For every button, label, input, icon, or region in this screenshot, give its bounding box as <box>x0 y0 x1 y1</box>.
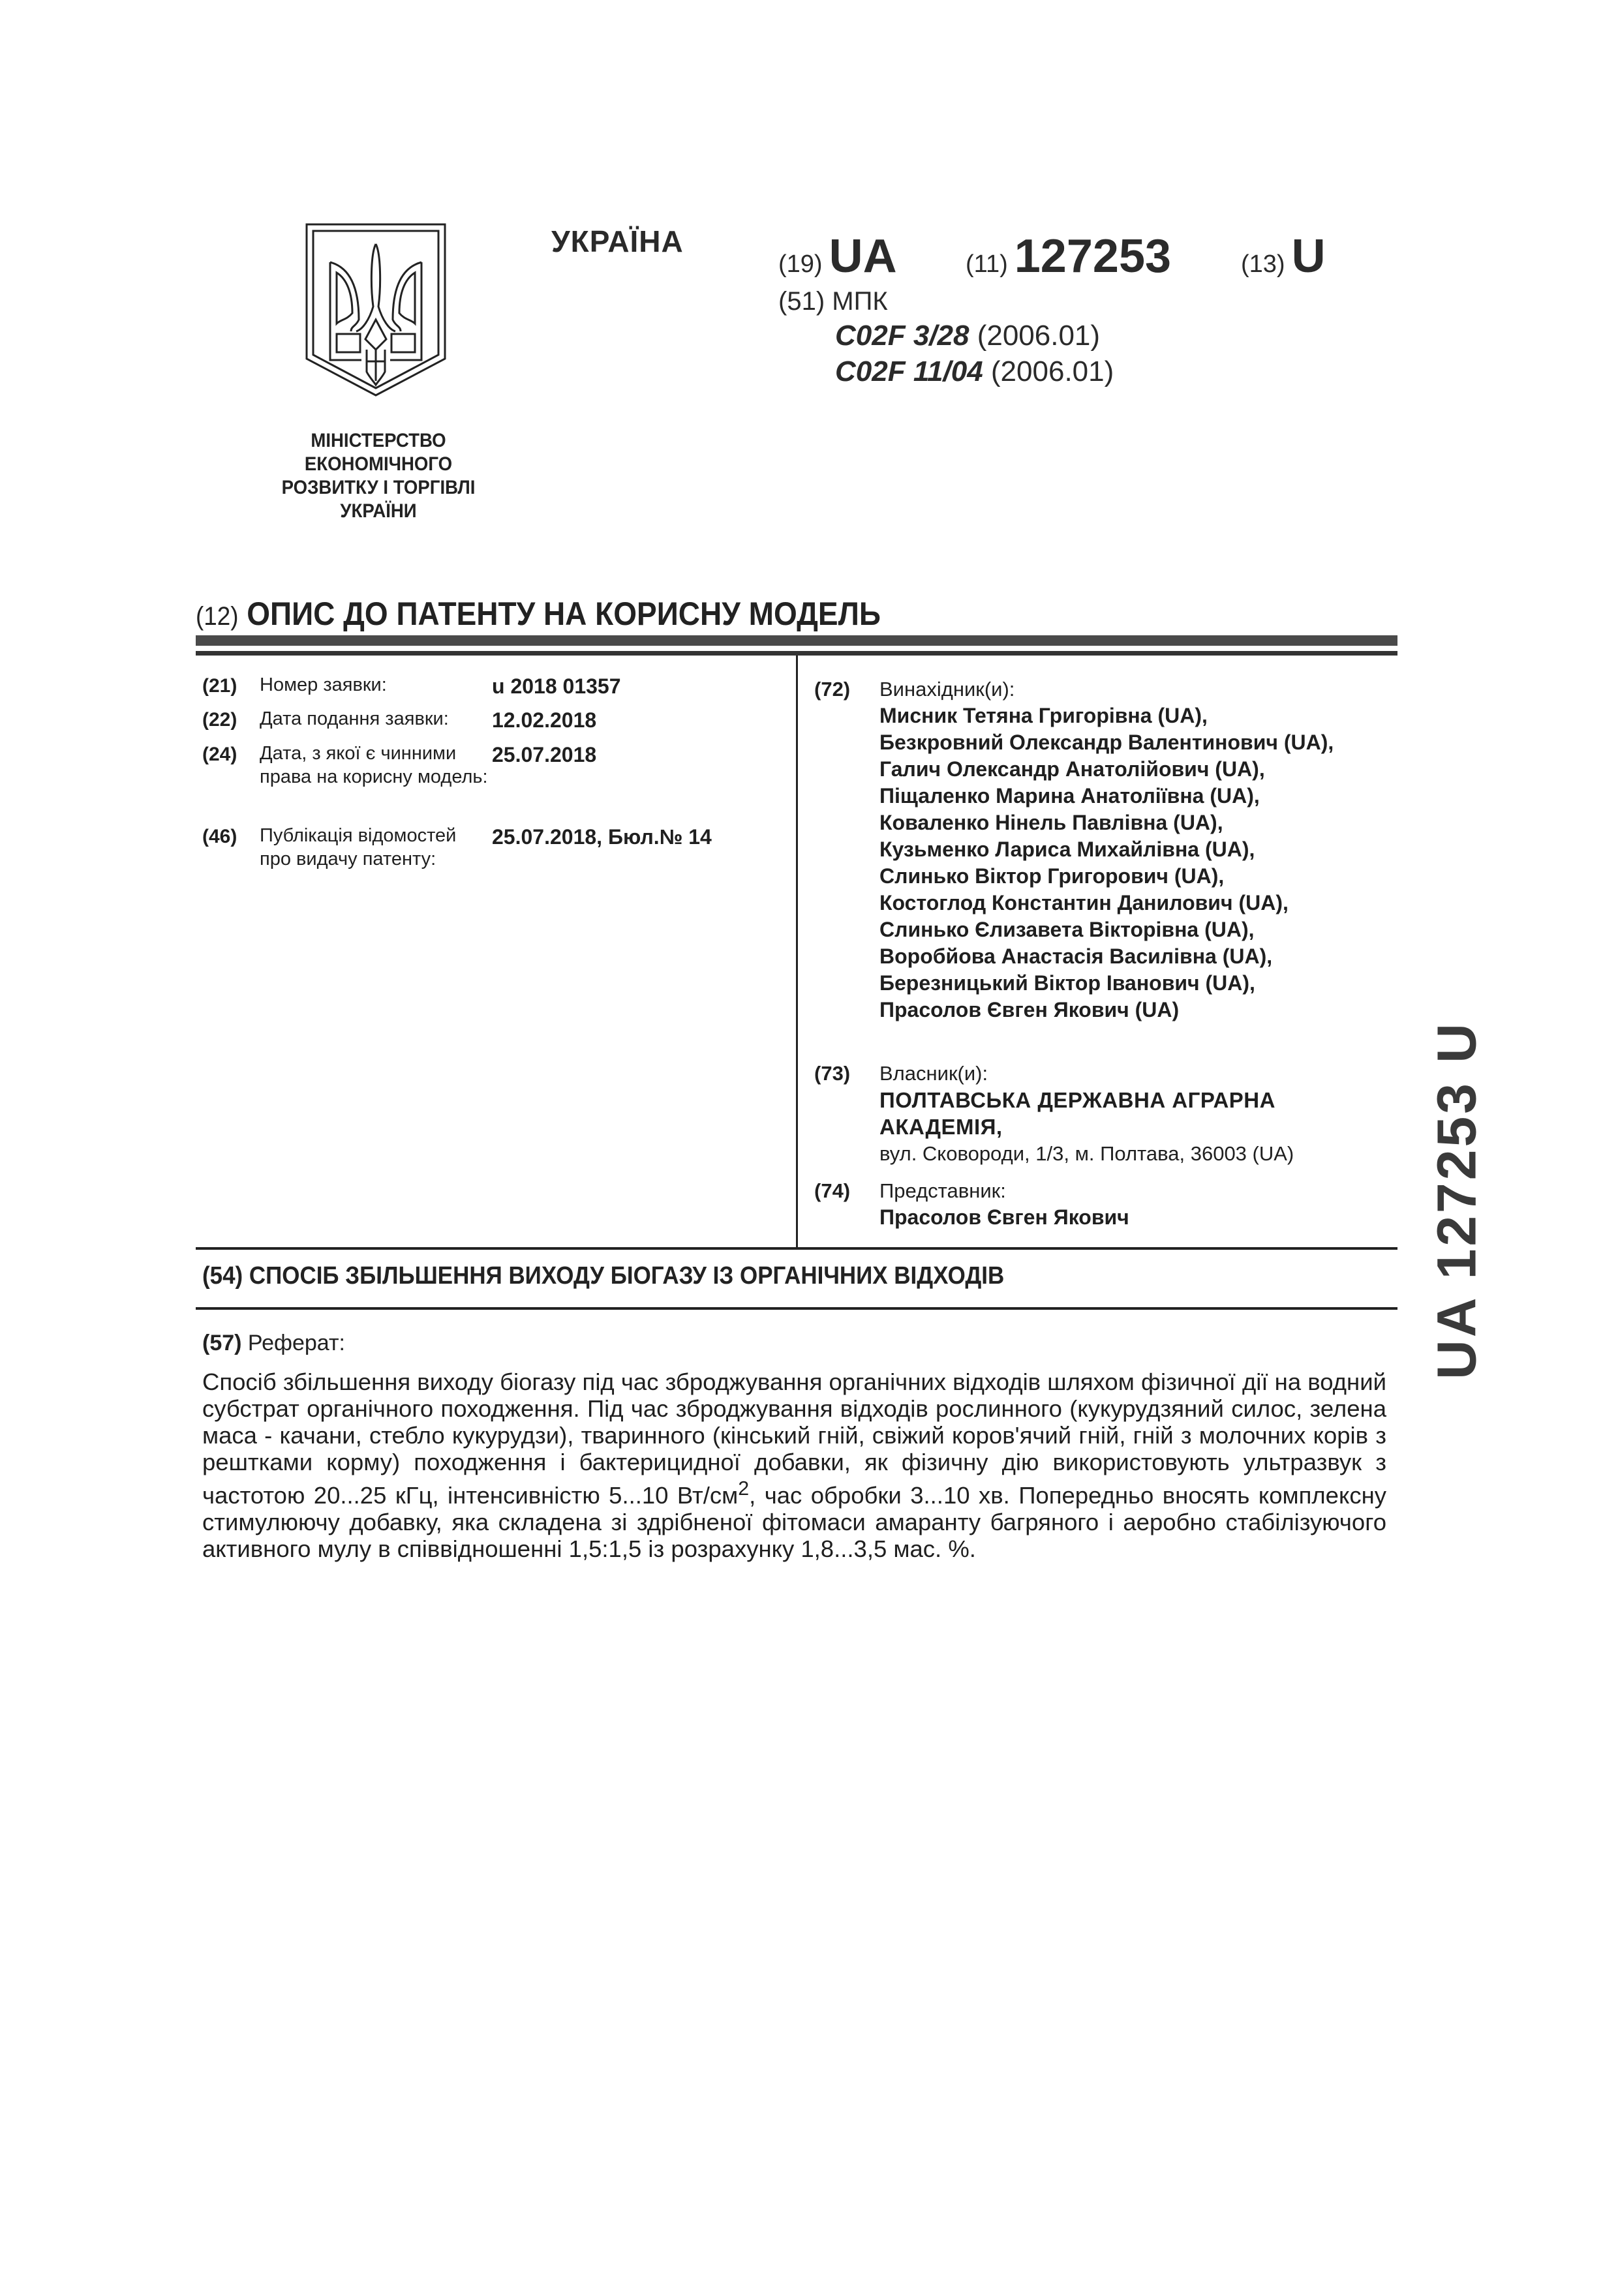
patent-title-text: СПОСІБ ЗБІЛЬШЕННЯ ВИХОДУ БІОГАЗУ ІЗ ОРГА… <box>249 1262 1004 1290</box>
kind-code-field: (13) U <box>1241 230 1326 283</box>
inventor-name: Костоглод Константин Данилович (UA), <box>879 890 1401 916</box>
patent-title: (54) СПОСІБ ЗБІЛЬШЕННЯ ВИХОДУ БІОГАЗУ ІЗ… <box>202 1262 1004 1290</box>
field-label: Власник(и): <box>879 1060 1401 1087</box>
field-label: Номер заявки: <box>260 673 492 699</box>
field-code: (46) <box>202 824 260 871</box>
abstract-code: (57) <box>202 1331 241 1355</box>
field-value: u 2018 01357 <box>492 673 621 699</box>
abstract-heading: (57) Реферат: <box>202 1331 345 1356</box>
side-patent-number-text: UA 127253 U <box>1426 1021 1489 1380</box>
country-code-field: (19) UA <box>778 230 897 283</box>
field-label: Представник: <box>879 1177 1401 1204</box>
field-inventors: (72) Винахідник(и): Мисник Тетяна Григор… <box>814 676 1401 1023</box>
document-type-text: ОПИС ДО ПАТЕНТУ НА КОРИСНУ МОДЕЛЬ <box>247 596 881 632</box>
field-value: 25.07.2018 <box>492 742 596 789</box>
representative-name: Прасолов Євген Якович <box>879 1204 1401 1231</box>
patent-number-field: (11) 127253 <box>966 230 1171 283</box>
ministry-line: РОЗВИТКУ І ТОРГІВЛІ <box>258 476 498 500</box>
field-filing-date: (22) Дата подання заявки: 12.02.2018 <box>202 707 596 733</box>
column-separator <box>796 656 798 1248</box>
inventor-list: Мисник Тетяна Григорівна (UA),Безкровний… <box>879 702 1401 1023</box>
ipc-title: МПК <box>832 287 887 316</box>
field-code: (73) <box>814 1060 879 1167</box>
kind-code: U <box>1292 230 1326 283</box>
field-label: Дата подання заявки: <box>260 707 492 733</box>
ipc-class-version: (2006.01) <box>991 355 1114 387</box>
divider-line <box>196 1307 1397 1310</box>
inventor-name: Кузьменко Лариса Михайлівна (UA), <box>879 836 1401 863</box>
country-name: УКРАЇНА <box>551 224 684 259</box>
divider-thick <box>196 635 1397 646</box>
field-effective-date: (24) Дата, з якої є чинними права на кор… <box>202 742 596 789</box>
owner-name: ПОЛТАВСЬКА ДЕРЖАВНА АГРАРНА АКАДЕМІЯ, <box>879 1087 1336 1140</box>
ipc-class: C02F 11/04 (2006.01) <box>835 355 1114 388</box>
ipc-label: (51) <box>778 287 825 316</box>
inventor-name: Галич Олександр Анатолійович (UA), <box>879 756 1401 783</box>
field-publication: (46) Публікація відомостей про видачу па… <box>202 824 712 871</box>
field-value: 12.02.2018 <box>492 707 596 733</box>
field-code: (24) <box>202 742 260 789</box>
field-code: (22) <box>202 707 260 733</box>
owner-address: вул. Сковороди, 1/3, м. Полтава, 36003 (… <box>879 1140 1401 1167</box>
patent-number-label: (11) <box>966 250 1008 279</box>
inventor-name: Піщаленко Марина Анатоліївна (UA), <box>879 783 1401 809</box>
inventor-name: Мисник Тетяна Григорівна (UA), <box>879 702 1401 729</box>
document-type-label: (12) <box>196 602 238 631</box>
document-type: (12) ОПИС ДО ПАТЕНТУ НА КОРИСНУ МОДЕЛЬ <box>196 595 881 633</box>
abstract-label: Реферат: <box>248 1331 345 1355</box>
divider-thin <box>196 651 1397 656</box>
ipc-class-code: C02F 11/04 <box>835 355 983 387</box>
ipc-class: C02F 3/28 (2006.01) <box>835 320 1100 352</box>
field-label: Дата, з якої є чинними права на корисну … <box>260 742 492 789</box>
abstract-superscript: 2 <box>738 1477 749 1500</box>
field-label: Публікація відомостей про видачу патенту… <box>260 824 492 871</box>
field-code: (72) <box>814 676 879 1023</box>
field-code: (21) <box>202 673 260 699</box>
inventor-name: Безкровний Олександр Валентинович (UA), <box>879 729 1401 756</box>
ipc-heading: (51) МПК <box>778 287 888 316</box>
ministry-name: МІНІСТЕРСТВО ЕКОНОМІЧНОГО РОЗВИТКУ І ТОР… <box>258 429 498 523</box>
abstract-text: Спосіб збільшення виходу біогазу під час… <box>202 1368 1386 1562</box>
inventor-name: Воробйова Анастасія Василівна (UA), <box>879 943 1401 970</box>
divider-line <box>196 1247 1397 1250</box>
ukraine-coat-of-arms-icon <box>304 222 448 398</box>
ministry-line: ЕКОНОМІЧНОГО <box>258 453 498 476</box>
ministry-line: МІНІСТЕРСТВО <box>258 429 498 453</box>
ipc-class-code: C02F 3/28 <box>835 320 969 352</box>
patent-number: 127253 <box>1015 230 1171 283</box>
field-application-number: (21) Номер заявки: u 2018 01357 <box>202 673 621 699</box>
field-representative: (74) Представник: Прасолов Євген Якович <box>814 1177 1401 1231</box>
inventor-name: Прасолов Євген Якович (UA) <box>879 997 1401 1023</box>
inventor-name: Коваленко Нінель Павлівна (UA), <box>879 809 1401 836</box>
field-code: (74) <box>814 1177 879 1231</box>
country-code-label: (19) <box>778 250 823 279</box>
country-code: UA <box>829 230 897 283</box>
field-owner: (73) Власник(и): ПОЛТАВСЬКА ДЕРЖАВНА АГР… <box>814 1060 1401 1167</box>
field-value: 25.07.2018, Бюл.№ 14 <box>492 824 712 871</box>
inventor-name: Березницький Віктор Іванович (UA), <box>879 970 1401 997</box>
patent-title-code: (54) <box>202 1262 243 1290</box>
ministry-line: УКРАЇНИ <box>258 500 498 523</box>
ipc-class-version: (2006.01) <box>977 320 1100 352</box>
field-label: Винахідник(и): <box>879 676 1401 702</box>
inventor-name: Слинько Віктор Григорович (UA), <box>879 863 1401 890</box>
side-patent-number: UA 127253 U <box>1414 1018 1499 1383</box>
kind-code-label: (13) <box>1241 250 1285 279</box>
inventor-name: Слинько Єлизавета Вікторівна (UA), <box>879 916 1401 943</box>
